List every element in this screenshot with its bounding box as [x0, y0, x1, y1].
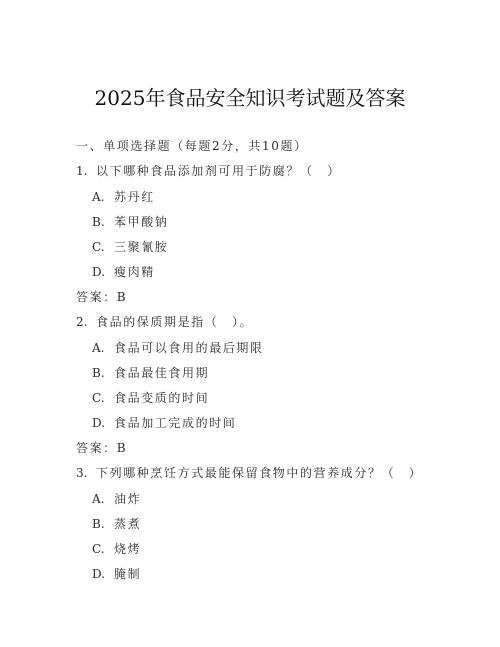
option-text: 食品可以食用的最后期限 — [114, 341, 264, 355]
option-text: 食品最佳食用期 — [114, 366, 209, 380]
question-number: 1. — [76, 163, 96, 179]
question-1-option-c: C.三聚氰胺 — [92, 239, 168, 255]
option-letter: A. — [92, 340, 114, 356]
question-3-option-c: C.烧烤 — [92, 541, 141, 557]
question-3: 3.下列哪种烹饪方式最能保留食物中的营养成分？（ ） — [76, 465, 422, 481]
option-text: 食品变质的时间 — [114, 391, 209, 405]
question-number: 2. — [76, 314, 96, 330]
option-text: 油炸 — [114, 492, 141, 506]
option-text: 苯甲酸钠 — [114, 215, 168, 229]
question-text: 食品的保质期是指（ ）。 — [96, 315, 253, 329]
option-text: 腌制 — [114, 567, 141, 581]
question-3-option-d: D.腌制 — [92, 566, 141, 582]
question-1-option-a: A.苏丹红 — [92, 189, 155, 205]
option-text: 三聚氰胺 — [114, 240, 168, 254]
option-letter: D. — [92, 264, 114, 280]
option-letter: C. — [92, 239, 114, 255]
option-text: 瘦肉精 — [114, 265, 155, 279]
question-2-option-c: C.食品变质的时间 — [92, 390, 209, 406]
option-letter: D. — [92, 415, 114, 431]
option-letter: C. — [92, 541, 114, 557]
question-3-option-a: A.油炸 — [92, 491, 141, 507]
document-page: 2025年食品安全知识考试题及答案 一、单项选择题（每题2分，共10题） 1.以… — [0, 0, 500, 647]
section-heading: 一、单项选择题（每题2分，共10题） — [76, 138, 308, 154]
question-text: 以下哪种食品添加剂可用于防腐？（ ） — [96, 164, 341, 178]
question-text: 下列哪种烹饪方式最能保留食物中的营养成分？（ ） — [96, 466, 422, 480]
option-text: 蒸煮 — [114, 517, 141, 531]
option-text: 食品加工完成的时间 — [114, 416, 236, 430]
question-3-option-b: B.蒸煮 — [92, 516, 141, 532]
question-number: 3. — [76, 465, 96, 481]
question-1-option-d: D.瘦肉精 — [92, 264, 155, 280]
question-1: 1.以下哪种食品添加剂可用于防腐？（ ） — [76, 163, 341, 179]
option-letter: C. — [92, 390, 114, 406]
question-2-answer: 答案：B — [76, 440, 127, 456]
option-letter: B. — [92, 365, 114, 381]
option-letter: D. — [92, 566, 114, 582]
question-2-option-d: D.食品加工完成的时间 — [92, 415, 236, 431]
question-2-option-b: B.食品最佳食用期 — [92, 365, 209, 381]
question-1-option-b: B.苯甲酸钠 — [92, 214, 168, 230]
option-text: 苏丹红 — [114, 190, 155, 204]
option-letter: A. — [92, 189, 114, 205]
option-text: 烧烤 — [114, 542, 141, 556]
option-letter: B. — [92, 214, 114, 230]
question-1-answer: 答案：B — [76, 289, 127, 305]
option-letter: A. — [92, 491, 114, 507]
option-letter: B. — [92, 516, 114, 532]
question-2: 2.食品的保质期是指（ ）。 — [76, 314, 253, 330]
question-2-option-a: A.食品可以食用的最后期限 — [92, 340, 264, 356]
document-title: 2025年食品安全知识考试题及答案 — [0, 84, 500, 112]
